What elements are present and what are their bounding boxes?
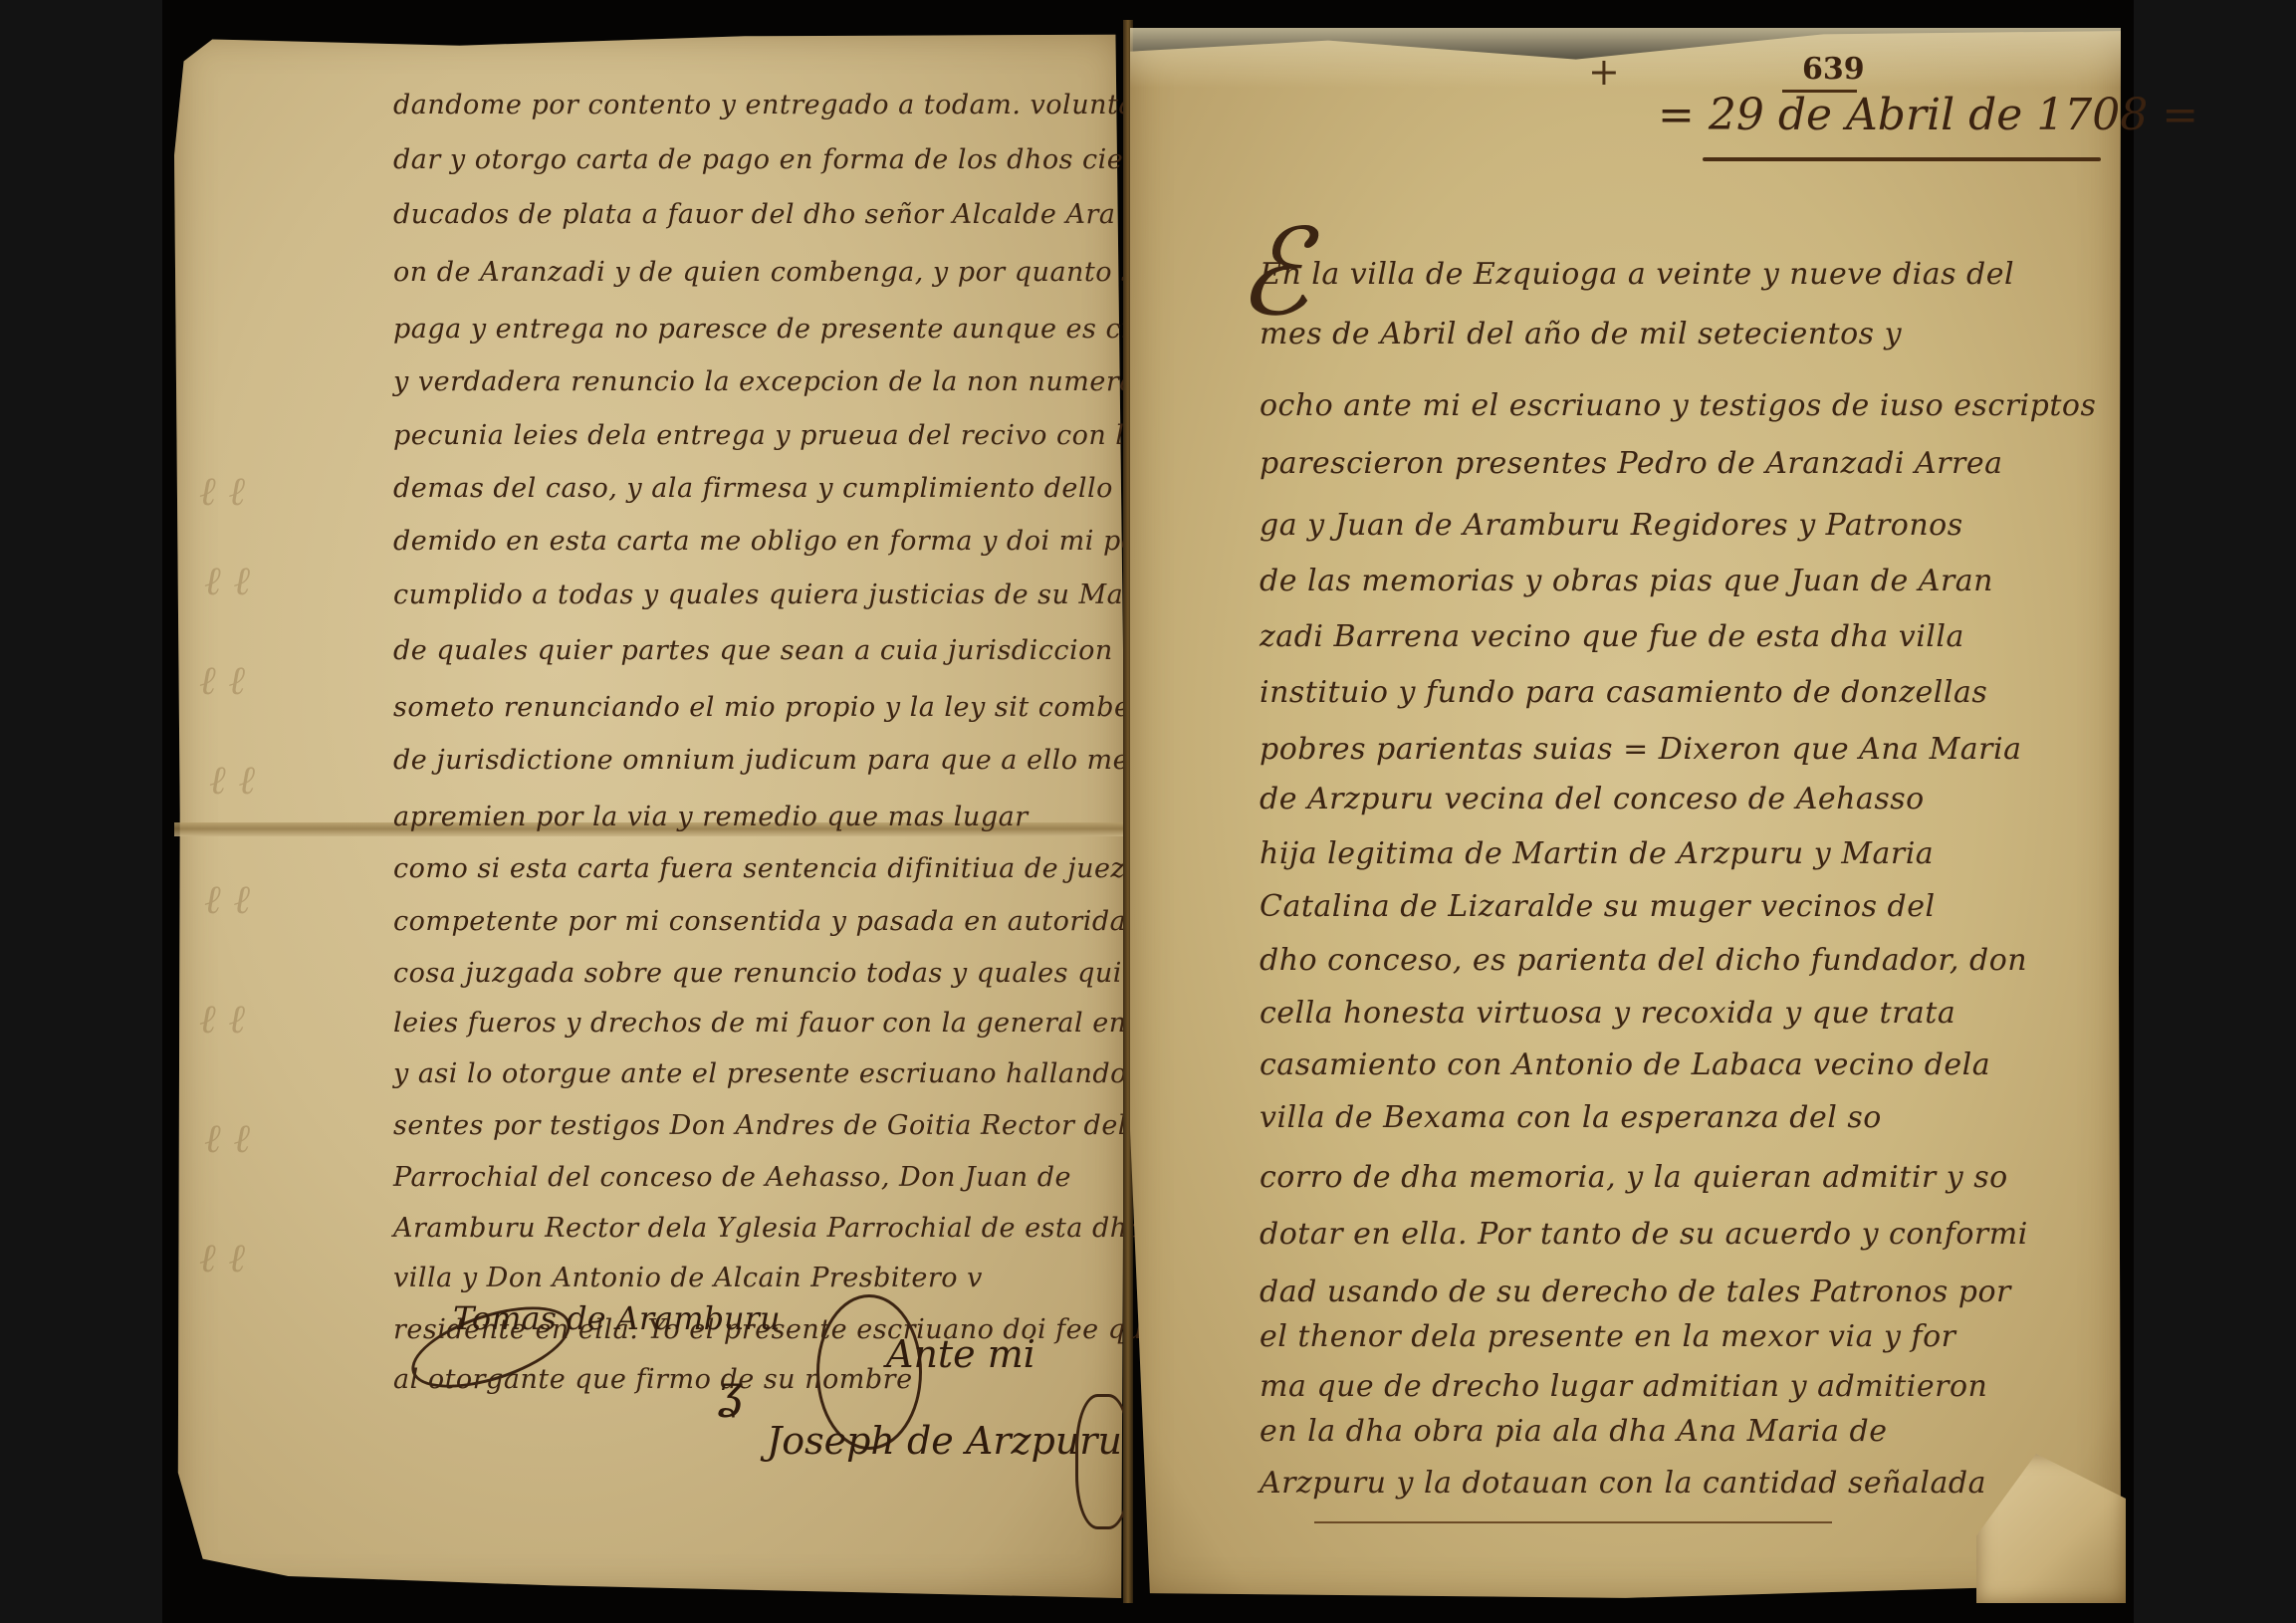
text-line: como si esta carta fuera sentencia difin… — [393, 853, 1125, 884]
text-line: cosa juzgada sobre que renuncio todas y … — [393, 958, 1152, 989]
text-line: someto renunciando el mio propio y la le… — [393, 692, 1199, 723]
text-line: dho conceso, es parienta del dicho funda… — [1260, 943, 2027, 978]
date-underline — [1703, 157, 2101, 161]
closing-rule — [1314, 1521, 1832, 1523]
cross-mark: + — [1588, 50, 1620, 94]
text-line: hija legitima de Martin de Arzpuru y Mar… — [1260, 836, 1934, 871]
text-line: ma que de drecho lugar admitian y admiti… — [1260, 1369, 1987, 1404]
text-line: instituio y fundo para casamiento de don… — [1260, 675, 1987, 710]
signature-tomas-de-aramburu: Tomas de Aramburu — [453, 1299, 781, 1337]
text-line: zadi Barrena vecino que fue de esta dha … — [1260, 619, 1964, 654]
text-line: En la villa de Ezquioga a veinte y nueve… — [1260, 257, 2014, 292]
text-line: villa y Don Antonio de Alcain Presbitero… — [393, 1263, 983, 1293]
signature-ante-mi: Ante mi — [886, 1332, 1035, 1376]
bleed-through-mark: ℓ ℓ — [209, 757, 255, 804]
text-line: ducados de plata a fauor del dho señor A… — [393, 199, 1115, 230]
bleed-through-mark: ℓ ℓ — [199, 468, 245, 515]
bleed-through-mark: ℓ ℓ — [204, 558, 250, 604]
text-line: y asi lo otorgue ante el presente escriu… — [393, 1058, 1214, 1089]
text-line: villa de Bexama con la esperanza del so — [1260, 1100, 1882, 1135]
text-line: el thenor dela presente en la mexor via … — [1260, 1319, 1956, 1354]
bleed-through-mark: ℓ ℓ — [204, 1115, 250, 1162]
text-line: dotar en ella. Por tanto de su acuerdo y… — [1260, 1217, 2028, 1252]
text-line: dad usando de su derecho de tales Patron… — [1260, 1275, 2011, 1309]
text-line: dar y otorgo carta de pago en forma de l… — [393, 144, 1141, 175]
text-line: cella honesta virtuosa y recoxida y que … — [1260, 996, 1955, 1031]
text-line: apremien por la via y remedio que mas lu… — [393, 802, 1029, 832]
bleed-through-mark: ℓ ℓ — [199, 996, 245, 1043]
text-line: casamiento con Antonio de Labaca vecino … — [1260, 1047, 1990, 1082]
text-line: de quales quier partes que sean a cuia j… — [393, 635, 1164, 666]
text-line: pecunia leies dela entrega y prueua del … — [393, 420, 1182, 451]
bleed-through-mark: ℓ ℓ — [204, 876, 250, 923]
text-line: demido en esta carta me obligo en forma … — [393, 526, 1185, 557]
text-line: Parrochial del conceso de Aehasso, Don J… — [393, 1162, 1071, 1193]
text-line: Aramburu Rector dela Yglesia Parrochial … — [393, 1213, 1144, 1244]
bleed-through-mark: ℓ ℓ — [199, 657, 245, 704]
text-line: y verdadera renuncio la excepcion de la … — [393, 366, 1164, 397]
text-line: Catalina de Lizaralde su muger vecinos d… — [1260, 889, 1936, 924]
text-line: demas del caso, y ala firmesa y cumplimi… — [393, 473, 1172, 504]
folio-number: 639 — [1802, 52, 1865, 87]
text-line: de jurisdictione omnium judicum para que… — [393, 745, 1129, 776]
text-line: en la dha obra pia ala dha Ana Maria de — [1260, 1414, 1888, 1449]
text-line: on de Aranzadi y de quien combenga, y po… — [393, 257, 1153, 288]
text-line: competente por mi consentida y pasada en… — [393, 906, 1187, 937]
text-line: mes de Abril del año de mil setecientos … — [1260, 317, 1902, 351]
rubric-mark: ʓ — [717, 1364, 743, 1418]
text-line: dandome por contento y entregado a todam… — [393, 90, 1153, 120]
top-edge-wear — [1130, 28, 2121, 88]
text-line: pobres parientas suias = Dixeron que Ana… — [1260, 732, 2022, 767]
text-line: ocho ante mi el escriuano y testigos de … — [1260, 388, 2096, 423]
text-line: paga y entrega no paresce de presente au… — [393, 314, 1188, 345]
text-line: cumplido a todas y quales quiera justici… — [393, 580, 1218, 610]
image-viewer: ℓ ℓ ℓ ℓ ℓ ℓ ℓ ℓ ℓ ℓ ℓ ℓ ℓ ℓ ℓ ℓ dandome … — [0, 0, 2296, 1623]
text-line: Arzpuru y la dotauan con la cantidad señ… — [1260, 1466, 1986, 1501]
bleed-through-mark: ℓ ℓ — [199, 1235, 245, 1281]
date-heading: = 29 de Abril de 1708 = — [1658, 90, 2198, 140]
text-line: ga y Juan de Aramburu Regidores y Patron… — [1260, 508, 1963, 543]
text-line: de las memorias y obras pias que Juan de… — [1260, 564, 1993, 598]
text-line: sentes por testigos Don Andres de Goitia… — [393, 1110, 1144, 1141]
text-line: leies fueros y drechos de mi fauor con l… — [393, 1008, 1219, 1039]
text-line: parescieron presentes Pedro de Aranzadi … — [1260, 446, 2002, 481]
text-line: corro de dha memoria, y la quieran admit… — [1260, 1160, 2008, 1195]
text-line: de Arzpuru vecina del conceso de Aehasso — [1260, 782, 1925, 816]
signature-joseph-de-arzpuru: Joseph de Arzpuru — [767, 1419, 1122, 1463]
